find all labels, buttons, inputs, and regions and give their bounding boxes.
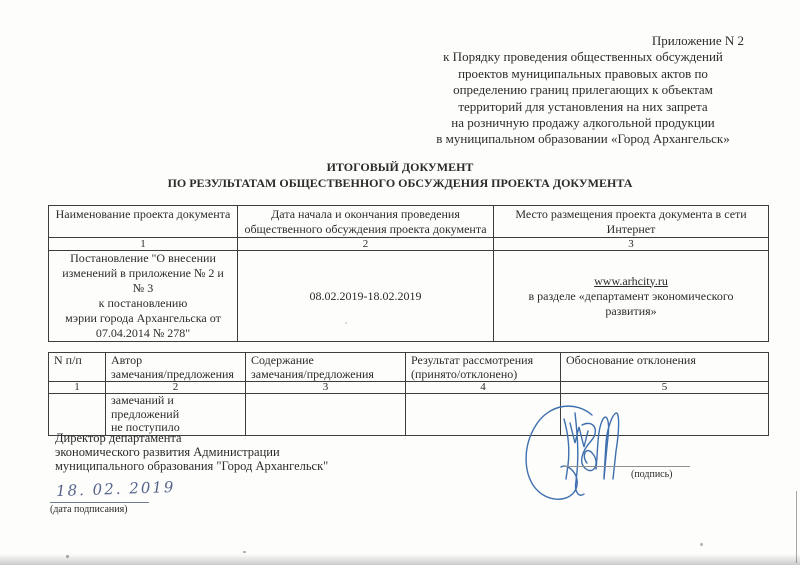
appendix-header: Приложение N 2 к Порядку проведения обще… (418, 33, 748, 148)
column-number: 2 (238, 238, 494, 251)
scan-bottom-shadow (0, 554, 800, 565)
cell-internet-placement: www.arhcity.ru в разделе «департамент эк… (494, 251, 769, 342)
appendix-description: к Порядку проведения общественных обсужд… (418, 49, 748, 147)
signature-label: (подпись) (631, 469, 673, 480)
cell-row-number (49, 394, 106, 436)
scan-speck (345, 322, 347, 324)
column-number: 1 (49, 382, 106, 394)
cell-content (246, 394, 406, 436)
cell-discussion-dates: 08.02.2019-18.02.2019 (238, 251, 494, 342)
header-internet-placement: Место размещения проекта документа в сет… (494, 206, 769, 238)
arhcity-url: www.arhcity.ru (594, 274, 668, 288)
date-line (50, 502, 149, 503)
header-content: Содержание замечания/предложения (246, 353, 406, 382)
cell-project-name: Постановление "О внесении изменений в пр… (49, 251, 238, 342)
header-row-number: N п/п (49, 353, 106, 382)
remarks-table: N п/п Автор замечания/предложения Содерж… (48, 352, 769, 436)
column-number: 5 (561, 382, 769, 394)
header-justification: Обоснование отклонения (561, 353, 769, 382)
date-label: (дата подписания) (50, 504, 128, 515)
column-number: 1 (49, 238, 238, 251)
appendix-number: Приложение N 2 (418, 33, 748, 49)
remarks-table-data-row: замечаний и предложений не поступило (49, 394, 769, 436)
signer-title: Директор департамента экономического раз… (55, 431, 328, 474)
project-info-table: Наименование проекта документа Дата нача… (48, 205, 769, 342)
scan-speck (66, 555, 69, 558)
arhcity-url-note: в разделе «департамент экономического ра… (500, 289, 762, 319)
remarks-table-header-row: N п/п Автор замечания/предложения Содерж… (49, 353, 769, 382)
project-table-header-row: Наименование проекта документа Дата нача… (49, 206, 769, 238)
project-table-data-row: Постановление "О внесении изменений в пр… (49, 251, 769, 342)
scan-speck (592, 128, 595, 130)
column-number: 3 (246, 382, 406, 394)
handwritten-signing-date: 18. 02. 2019 (56, 478, 176, 500)
document-title: ИТОГОВЫЙ ДОКУМЕНТ ПО РЕЗУЛЬТАТАМ ОБЩЕСТВ… (0, 160, 800, 191)
scan-speck (700, 543, 703, 546)
project-table-number-row: 1 2 3 (49, 238, 769, 251)
column-number: 4 (406, 382, 561, 394)
header-project-name: Наименование проекта документа (49, 206, 238, 238)
signature-line (563, 466, 690, 467)
scan-right-edge-line (796, 491, 797, 563)
handwritten-signature (518, 399, 650, 507)
column-number: 2 (106, 382, 246, 394)
cell-no-remarks: замечаний и предложений не поступило (106, 394, 246, 436)
column-number: 3 (494, 238, 769, 251)
scanned-document-page: Приложение N 2 к Порядку проведения обще… (0, 0, 800, 565)
header-author: Автор замечания/предложения (106, 353, 246, 382)
header-discussion-dates: Дата начала и окончания проведения общес… (238, 206, 494, 238)
header-result: Результат рассмотрения (принято/отклонен… (406, 353, 561, 382)
scan-speck (243, 551, 246, 553)
remarks-table-number-row: 1 2 3 4 5 (49, 382, 769, 394)
